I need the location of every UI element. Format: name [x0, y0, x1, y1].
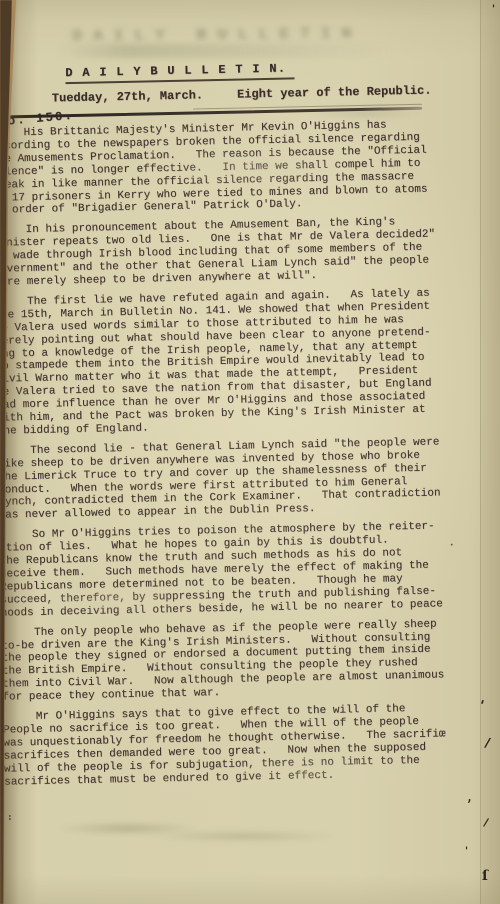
ink-mark: ,: [466, 790, 472, 804]
date-text: Tuedday, 27th, March.: [52, 88, 203, 105]
typewritten-sheet: D A I L Y B U L L E T I N. Tuedday, 27th…: [0, 0, 500, 796]
bulletin-title: D A I L Y B U L L E T I N.: [65, 61, 294, 84]
paragraph: So Mr O'Higgins tries to poison the atmo…: [0, 519, 500, 621]
era-text: Eight year of the Republic.: [237, 84, 432, 102]
ink-mark: ·: [450, 540, 453, 551]
paragraph: His Brittanic Majesty's Minister Mr Kevi…: [0, 116, 500, 218]
ink-mark: ': [465, 846, 468, 857]
ink-mark: ': [492, 4, 495, 15]
paragraph: Mr O'Higgins says that to give effect to…: [3, 700, 500, 789]
paragraph: In his pronouncement about the Amusement…: [0, 214, 500, 290]
paragraph: The first lie we have refuted again and …: [0, 285, 500, 438]
paragraph: The second lie - that General Liam Lynch…: [0, 434, 500, 523]
scanned-document-page: { "doc": { "issue_number": "No. 150.", "…: [0, 0, 500, 904]
header-rule: [6, 107, 422, 119]
date-line: Tuedday, 27th, March.Eight year of the R…: [52, 81, 500, 105]
ink-mark: :: [8, 812, 12, 823]
paragraph: The only people who behave as if the peo…: [1, 616, 500, 705]
bulletin-body: His Brittanic Majesty's Minister Mr Kevi…: [0, 116, 500, 789]
ink-mark: ſ: [482, 868, 488, 884]
paper-smudge-band: [55, 818, 345, 844]
